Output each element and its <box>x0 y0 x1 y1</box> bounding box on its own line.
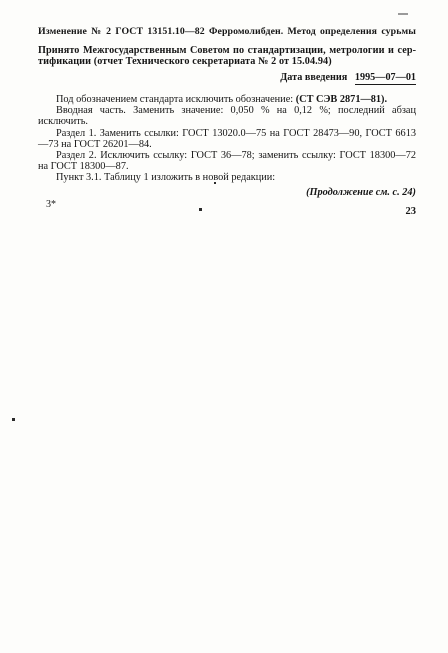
scan-speck-dash <box>398 13 408 15</box>
para-intro-part: Вводная часть. Заменить значение: 0,050 … <box>38 105 416 127</box>
para-designation-bold: (СТ СЭВ 2871—81). <box>296 94 387 105</box>
page-number: 23 <box>38 206 416 217</box>
text-block: Изменение № 2 ГОСТ 13151.10—82 Ферромоли… <box>38 26 416 217</box>
para-designation-note: Под обозначением стандарта исключить обо… <box>38 94 416 105</box>
amendment-body: Под обозначением стандарта исключить обо… <box>38 94 416 184</box>
para-section-2: Раздел 2. Исключить ссылку: ГОСТ 36—78; … <box>38 150 416 172</box>
printer-signature-mark: 3* <box>46 200 56 210</box>
para-section-1: Раздел 1. Заменить ссылки: ГОСТ 13020.0—… <box>38 128 416 150</box>
amendment-title: Изменение № 2 ГОСТ 13151.10—82 Ферромоли… <box>38 26 416 38</box>
para-clause-3-1: Пункт 3.1. Таблицу 1 изложить в новой ре… <box>38 172 416 183</box>
para-designation-text: Под обозначением стандарта исключить обо… <box>56 94 296 105</box>
acceptance-note: Принято Межгосударственным Советом по ст… <box>38 45 416 67</box>
effective-date-label: Дата введения <box>280 72 347 83</box>
scan-speck-dot <box>12 418 15 421</box>
effective-date-value: 1995—07—01 <box>355 72 416 85</box>
effective-date-line: Дата введения 1995—07—01 <box>38 72 416 83</box>
continuation-note: (Продолжение см. с. 24) <box>38 187 416 198</box>
document-page: Изменение № 2 ГОСТ 13151.10—82 Ферромоли… <box>0 0 448 653</box>
